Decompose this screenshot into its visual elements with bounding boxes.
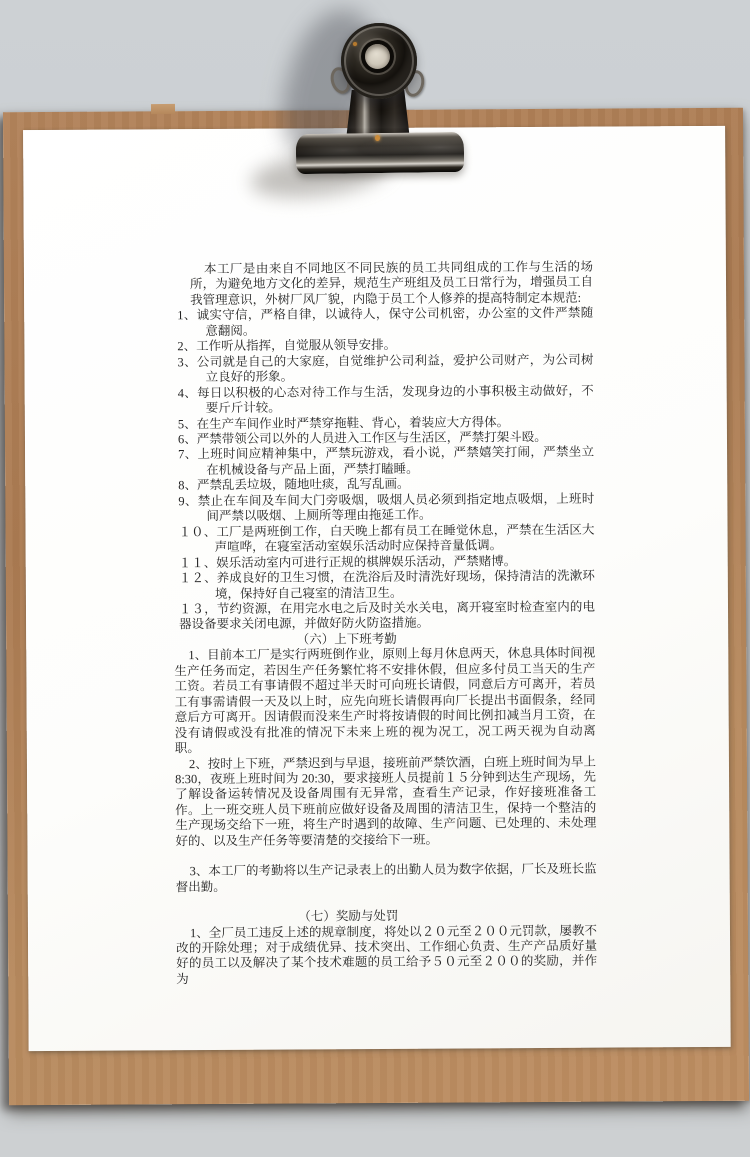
clip-hole-glint [353,42,357,46]
clip-jaw-bar [296,132,465,174]
clip-hanging-hole [365,44,390,69]
rule-item-1: 1、诚实守信，严格自律，以诚待人，保守公司机密，办公室的文件严禁随意翻阅。 [177,306,593,339]
clip-amber-glint [375,135,380,141]
rule-item-13: １３，节约资源，在用完水电之后及时关水关电，离开寝室时检查室内的电器设备要求关闭… [179,600,595,633]
rule-item-4: 4、每日以积极的心态对待工作与生活，发现身边的小事积极主动做好，不要斤斤计较。 [178,383,594,416]
reward-paragraph-1: 1、全厂员工违反上述的规章制度，将处以２０元至２００元罚款，屡教不改的开除处理；… [176,923,597,987]
clip-spring-circle [341,23,417,99]
clipboard-board: 本工厂是由来自不同地区不同民族的员工共同组成的工作与生活的场所，为避免地方文化的… [3,108,749,1106]
rule-item-9: 9、禁止在车间及车间大门旁吸烟，吸烟人员必须到指定地点吸烟，上班时间严禁以吸烟、… [178,491,594,524]
attendance-paragraph-1: 1、目前本工厂是实行两班倒作业，原则上每月休息两天，休息具体时间视生产任务而定，… [174,646,596,757]
attendance-paragraph-3: 3、本工厂的考勤将以生产记录表上的出勤人员为数字依据，厂长及班长监督出勤。 [176,862,597,895]
rule-item-10: １０、工厂是两班倒工作，白天晚上都有员工在睡觉休息，严禁在生活区大声喧哗，在寝室… [178,522,594,555]
document-text: 本工厂是由来自不同地区不同民族的员工共同组成的工作与生活的场所，为避免地方文化的… [172,260,597,988]
board-edge-notch [151,104,175,114]
attendance-paragraph-2: 2、按时上下班，严禁迟到与早退，接班前严禁饮酒，白班上班时间为早上8:30，夜班… [175,754,597,849]
paper-sheet: 本工厂是由来自不同地区不同民族的员工共同组成的工作与生活的场所，为避免地方文化的… [23,126,731,1051]
rule-item-3: 3、公司就是自己的大家庭，自觉维护公司利益，爱护公司财产，为公司树立良好的形象。 [177,352,593,385]
rule-item-7: 7、上班时间应精神集中，严禁玩游戏，看小说，严禁嬉笑打闹，严禁坐立在机械设备与产… [178,445,594,478]
intro-paragraph: 本工厂是由来自不同地区不同民族的员工共同组成的工作与生活的场所，为避免地方文化的… [190,260,593,309]
photo-scene: 本工厂是由来自不同地区不同民族的员工共同组成的工作与生活的场所，为避免地方文化的… [0,0,750,1157]
rule-item-12: １２、养成良好的卫生习惯，在洗浴后及时清洗好现场，保持清洁的洗漱环境，保持好自己… [179,569,595,602]
